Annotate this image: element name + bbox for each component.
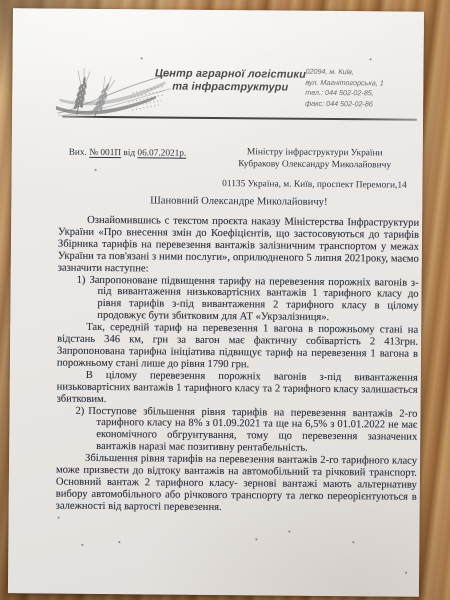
org-name-line2: та інфраструктури [152, 80, 308, 94]
paragraph-text: Запропоноване підвищення тарифу на перев… [89, 274, 418, 323]
paper-speck [141, 57, 143, 59]
paragraph-item1-continuation-1: Так, середній тариф на перевезення 1 ваг… [57, 322, 418, 373]
paper-speck [58, 517, 60, 519]
contact-line: 02094, м. Київ, [305, 67, 411, 79]
item-number-2: 2) [75, 405, 84, 416]
letter-body: Ознайомившись с текстом проєкта наказу М… [56, 215, 420, 516]
paragraph-item2-continuation: Збільшення рівня тарифів на перевезення … [56, 453, 418, 516]
numbered-paragraph-2: 2)Поступове збільшення рівня тарифів на … [56, 405, 417, 456]
paper-speck [118, 541, 120, 543]
recipient-address: 01135 Україна, м. Київ, проспект Перемог… [211, 179, 417, 192]
recipient-name: Кубракову Олександру Миколайовичу [212, 159, 418, 172]
salutation: Шановний Олександре Миколайовичу! [58, 195, 419, 209]
paper-speck [288, 531, 290, 533]
ref-preposition: від [123, 148, 135, 158]
paragraph-item1-continuation-2: В цілому перевезення порожніх вагонів з-… [57, 369, 418, 408]
paper-speck [81, 544, 83, 546]
contact-line: факс: 044 502-02-86 [305, 99, 411, 111]
ref-prefix: Вих. [69, 148, 87, 158]
paragraph-text: Поступове збільшення рівня тарифів на пе… [88, 405, 417, 454]
paper-speck [405, 572, 407, 574]
photo-wood-table-background: Центр аграрної логістики та інфраструкту… [0, 0, 450, 600]
org-name-line1: Центр аграрної логістики [152, 67, 308, 81]
paper-speck [370, 58, 372, 60]
item-number-1: 1) [77, 274, 86, 285]
numbered-paragraph-1: 1)Запропоноване підвищення тарифу на пер… [57, 274, 418, 325]
organization-name: Центр аграрної логістики та інфраструкту… [152, 67, 308, 94]
letter-document: Центр аграрної логістики та інфраструкту… [8, 8, 424, 597]
letterhead-contact-info: 02094, м. Київ, вул. Магнітогорська, 1 т… [305, 67, 411, 110]
paragraph-intro: Ознайомившись с текстом проєкта наказу М… [58, 215, 420, 278]
contact-line: тел.: 044 502-02-85, [305, 88, 411, 100]
ref-date: 06.07.2021р. [137, 148, 186, 158]
paper-speck [255, 538, 257, 540]
ref-number: № 001П [89, 148, 121, 158]
paper-speck [95, 169, 97, 171]
outgoing-reference-line: Вих. № 001П від 06.07.2021р. [69, 148, 187, 159]
recipient-block: Міністру інфраструктури України Кубраков… [211, 147, 417, 193]
paper-speck [352, 541, 354, 543]
